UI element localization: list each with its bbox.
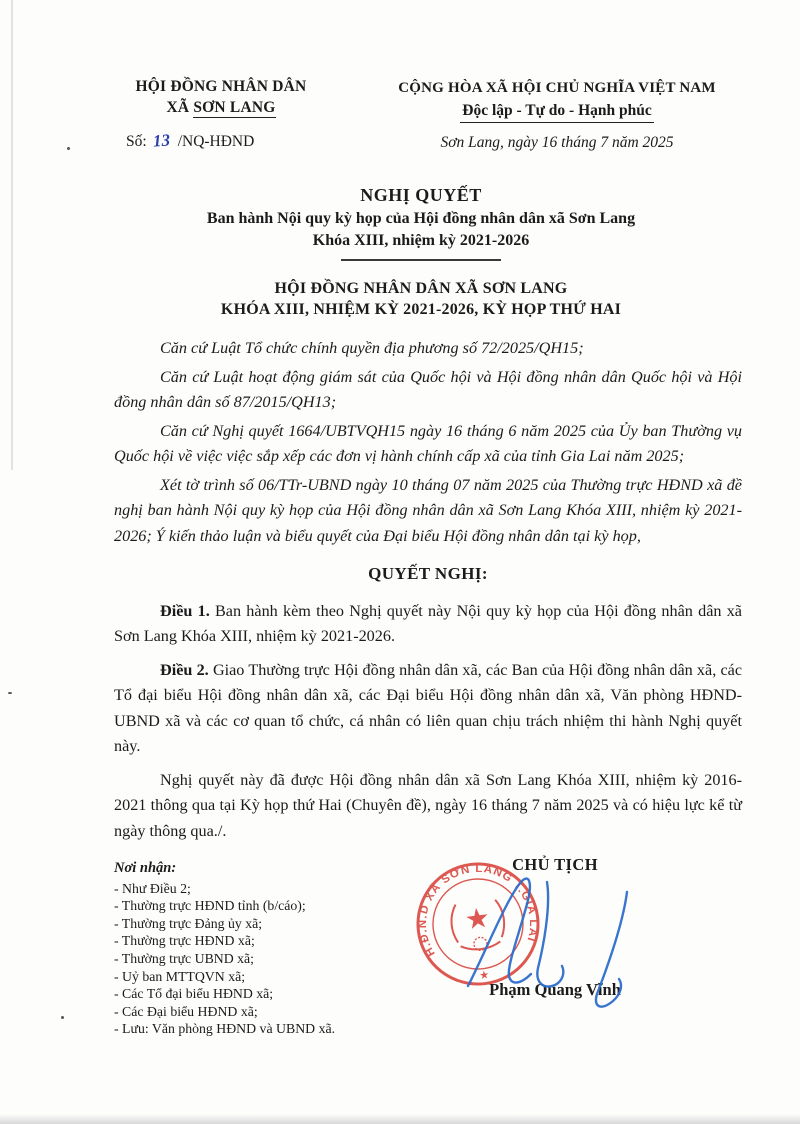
recipient-item: - Lưu: Văn phòng HĐND và UBND xã. — [114, 1020, 424, 1038]
recipient-item: - Như Điều 2; — [114, 880, 424, 898]
recipient-item: - Các Đại biểu HĐND xã; — [114, 1003, 424, 1021]
preamble-paragraph: Xét tờ trình số 06/TTr-UBND ngày 10 thán… — [114, 473, 742, 550]
recipients-heading: Nơi nhận: — [114, 860, 424, 878]
document-type-title: NGHỊ QUYẾT — [85, 185, 757, 206]
article-1: Điều 1. Ban hành kèm theo Nghị quyết này… — [114, 599, 742, 650]
national-title: CỘNG HÒA XÃ HỘI CHỦ NGHĨA VIỆT NAM — [362, 80, 752, 97]
preamble-paragraph: Căn cứ Luật Tổ chức chính quyền địa phươ… — [114, 336, 742, 362]
preamble-section: Căn cứ Luật Tổ chức chính quyền địa phươ… — [114, 336, 742, 549]
article-2-label: Điều 2. — [160, 661, 209, 679]
number-suffix: /NQ-HĐND — [178, 133, 255, 150]
document-subtitle-2: Khóa XIII, nhiệm kỳ 2021-2026 — [85, 232, 757, 250]
scan-edge-line — [11, 0, 13, 470]
place-date-line: Sơn Lang, ngày 16 tháng 7 năm 2025 — [362, 134, 752, 152]
scan-speck — [61, 1016, 64, 1019]
org-name-underlined: SƠN LANG — [193, 99, 275, 118]
handwritten-number: 13 — [152, 130, 170, 151]
recipients-block: Nơi nhận: - Như Điều 2; - Thường trực HĐ… — [114, 860, 424, 1038]
article-1-label: Điều 1. — [160, 602, 210, 620]
recipient-item: - Thường trực Đảng ủy xã; — [114, 915, 424, 933]
title-block: NGHỊ QUYẾT Ban hành Nội quy kỳ họp của H… — [85, 185, 757, 319]
national-motto: Độc lập - Tự do - Hạnh phúc — [460, 102, 653, 123]
closing-paragraph: Nghị quyết này đã được Hội đồng nhân dân… — [114, 768, 742, 845]
issuing-org-line1: HỘI ĐỒNG NHÂN DÂN — [92, 78, 350, 96]
document-subtitle-1: Ban hành Nội quy kỳ họp của Hội đồng nhâ… — [85, 210, 757, 228]
article-2: Điều 2. Giao Thường trực Hội đồng nhân d… — [114, 658, 742, 760]
resolve-heading: QUYẾT NGHỊ: — [114, 561, 742, 587]
recipient-item: - Uỷ ban MTTQVN xã; — [114, 968, 424, 986]
number-label: Số: — [126, 133, 147, 150]
document-page: HỘI ĐỒNG NHÂN DÂN XÃ SƠN LANG Số:13/NQ-H… — [0, 0, 800, 1124]
org-prefix: XÃ — [166, 99, 193, 116]
issuer-heading-1: HỘI ĐỒNG NHÂN DÂN XÃ SƠN LANG — [85, 280, 757, 298]
preamble-paragraph: Căn cứ Nghị quyết 1664/UBTVQH15 ngày 16 … — [114, 419, 742, 470]
issuer-heading-2: KHÓA XIII, NHIỆM KỲ 2021-2026, KỲ HỌP TH… — [85, 301, 757, 319]
document-number-line: Số:13/NQ-HĐND — [92, 131, 350, 151]
document-body: Căn cứ Luật Tổ chức chính quyền địa phươ… — [114, 336, 742, 847]
issuing-org-block: HỘI ĐỒNG NHÂN DÂN XÃ SƠN LANG Số:13/NQ-H… — [92, 78, 350, 151]
article-2-text: Giao Thường trực Hội đồng nhân dân xã, c… — [114, 661, 742, 756]
recipient-item: - Thường trực HĐND tỉnh (b/cáo); — [114, 897, 424, 915]
recipient-item: - Thường trực HĐND xã; — [114, 932, 424, 950]
scan-bottom-shadow — [0, 1114, 800, 1124]
national-header-block: CỘNG HÒA XÃ HỘI CHỦ NGHĨA VIỆT NAM Độc l… — [362, 80, 752, 152]
signer-name: Phạm Quang Vĩnh — [430, 980, 680, 1000]
recipient-item: - Thường trực UBND xã; — [114, 950, 424, 968]
official-red-seal: H.Đ.N.D XÃ SƠN LANG T.GIA LAI ★ ★ — [412, 858, 544, 990]
title-divider — [341, 259, 501, 261]
issuing-org-line2: XÃ SƠN LANG — [92, 99, 350, 117]
signer-title: CHỦ TỊCH — [430, 855, 680, 875]
preamble-paragraph: Căn cứ Luật hoạt động giám sát của Quốc … — [114, 365, 742, 416]
scan-speck — [67, 147, 70, 150]
scan-speck — [8, 692, 12, 694]
seal-center-star-icon: ★ — [463, 903, 492, 937]
recipient-item: - Các Tổ đại biểu HĐND xã; — [114, 985, 424, 1003]
